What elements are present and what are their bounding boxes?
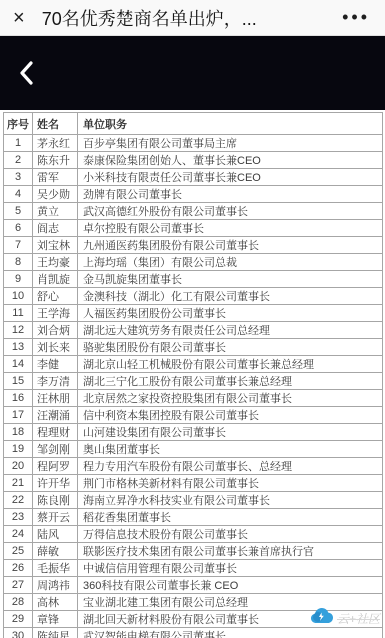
cell-position: 湖北三宁化工股份有限公司董事长兼总经理	[78, 373, 383, 390]
cell-index: 27	[4, 577, 33, 594]
cell-name: 刘宝林	[33, 237, 78, 254]
cell-index: 1	[4, 135, 33, 152]
cell-position: 海南立昇净水科技实业有限公司董事长	[78, 492, 383, 509]
cell-name: 毛振华	[33, 560, 78, 577]
cell-name: 肖凯旋	[33, 271, 78, 288]
cell-position: 北京居然之家投资控股集团有限公司董事长	[78, 390, 383, 407]
cell-name: 茅永红	[33, 135, 78, 152]
cell-position: 联影医疗技术集团有限公司董事长兼首席执行官	[78, 543, 383, 560]
cell-name: 阎志	[33, 220, 78, 237]
cell-position: 稻花香集团董事长	[78, 509, 383, 526]
table-row: 8王均豪上海均瑶（集团）有限公司总裁	[4, 254, 383, 271]
cell-position: 程力专用汽车股份有限公司董事长、总经理	[78, 458, 383, 475]
article-header	[0, 36, 385, 110]
table-row: 11王学海人福医药集团股份公司董事长	[4, 305, 383, 322]
table-row: 23蔡开云稻花香集团董事长	[4, 509, 383, 526]
cell-name: 舒心	[33, 288, 78, 305]
more-menu-icon[interactable]: •••	[342, 7, 370, 28]
cell-position: 金马凯旋集团董事长	[78, 271, 383, 288]
col-header-index: 序号	[4, 113, 33, 135]
cell-name: 李健	[33, 356, 78, 373]
cell-index: 11	[4, 305, 33, 322]
cell-position: 武汉智能电梯有限公司董事长	[78, 628, 383, 638]
cell-name: 周鸿祎	[33, 577, 78, 594]
cell-position: 万得信息技术股份有限公司董事长	[78, 526, 383, 543]
cell-name: 程阿罗	[33, 458, 78, 475]
table-row: 6阎志卓尔控股有限公司董事长	[4, 220, 383, 237]
cell-name: 陆风	[33, 526, 78, 543]
table-row: 9肖凯旋金马凯旋集团董事长	[4, 271, 383, 288]
cell-index: 3	[4, 169, 33, 186]
cell-name: 许开华	[33, 475, 78, 492]
cell-position: 泰康保险集团创始人、董事长兼CEO	[78, 152, 383, 169]
cell-name: 陈东升	[33, 152, 78, 169]
cell-position: 上海均瑶（集团）有限公司总裁	[78, 254, 383, 271]
cell-index: 23	[4, 509, 33, 526]
col-header-position: 单位职务	[78, 113, 383, 135]
roster-table: 序号姓名单位职务 1茅永红百步亭集团有限公司董事局主席2陈东升泰康保险集团创始人…	[3, 112, 383, 638]
table-row: 29章锋湖北回天新材料股份有限公司董事长	[4, 611, 383, 628]
table-row: 24陆风万得信息技术股份有限公司董事长	[4, 526, 383, 543]
cell-name: 章锋	[33, 611, 78, 628]
cell-position: 360科技有限公司董事长兼 CEO	[78, 577, 383, 594]
cell-index: 30	[4, 628, 33, 638]
cell-name: 雷军	[33, 169, 78, 186]
table-row: 20程阿罗程力专用汽车股份有限公司董事长、总经理	[4, 458, 383, 475]
cell-position: 山河建设集团有限公司董事长	[78, 424, 383, 441]
table-row: 15李万清湖北三宁化工股份有限公司董事长兼总经理	[4, 373, 383, 390]
table-row: 2陈东升泰康保险集团创始人、董事长兼CEO	[4, 152, 383, 169]
cell-index: 4	[4, 186, 33, 203]
cell-position: 骆驼集团股份有限公司董事长	[78, 339, 383, 356]
cell-index: 17	[4, 407, 33, 424]
table-row: 1茅永红百步亭集团有限公司董事局主席	[4, 135, 383, 152]
cell-name: 李万清	[33, 373, 78, 390]
table-row: 27周鸿祎360科技有限公司董事长兼 CEO	[4, 577, 383, 594]
cell-position: 人福医药集团股份公司董事长	[78, 305, 383, 322]
cell-index: 6	[4, 220, 33, 237]
cell-position: 中诚信信用管理有限公司董事长	[78, 560, 383, 577]
page-title: 70名优秀楚商名单出炉，...	[42, 5, 342, 31]
roster-table-wrap: 序号姓名单位职务 1茅永红百步亭集团有限公司董事局主席2陈东升泰康保险集团创始人…	[3, 112, 384, 638]
table-row: 26毛振华中诚信信用管理有限公司董事长	[4, 560, 383, 577]
cell-index: 9	[4, 271, 33, 288]
table-row: 12刘合炳湖北远大建筑劳务有限责任公司总经理	[4, 322, 383, 339]
cell-index: 28	[4, 594, 33, 611]
cell-index: 16	[4, 390, 33, 407]
cell-index: 20	[4, 458, 33, 475]
cell-index: 26	[4, 560, 33, 577]
table-row: 30陈纯星武汉智能电梯有限公司董事长	[4, 628, 383, 638]
cell-name: 黄立	[33, 203, 78, 220]
table-row: 13刘长来骆驼集团股份有限公司董事长	[4, 339, 383, 356]
cell-index: 29	[4, 611, 33, 628]
cell-position: 宝业湖北建工集团有限公司总经理	[78, 594, 383, 611]
cell-position: 武汉高德红外股份有限公司董事长	[78, 203, 383, 220]
cell-index: 22	[4, 492, 33, 509]
cell-index: 7	[4, 237, 33, 254]
cell-name: 陈纯星	[33, 628, 78, 638]
cell-index: 8	[4, 254, 33, 271]
cell-position: 荆门市格林美新材料有限公司董事长	[78, 475, 383, 492]
cell-index: 12	[4, 322, 33, 339]
cell-position: 小米科技有限责任公司董事长兼CEO	[78, 169, 383, 186]
cell-name: 薛敏	[33, 543, 78, 560]
cell-name: 程理财	[33, 424, 78, 441]
cell-index: 18	[4, 424, 33, 441]
table-row: 22陈良刚海南立昇净水科技实业有限公司董事长	[4, 492, 383, 509]
cell-position: 金澳科技（湖北）化工有限公司董事长	[78, 288, 383, 305]
table-row: 19邹剑刚奥山集团董事长	[4, 441, 383, 458]
back-chevron-icon[interactable]	[15, 59, 37, 87]
cell-name: 汪林朋	[33, 390, 78, 407]
cell-index: 2	[4, 152, 33, 169]
table-row: 28高林宝业湖北建工集团有限公司总经理	[4, 594, 383, 611]
col-header-name: 姓名	[33, 113, 78, 135]
table-row: 14李健湖北京山轻工机械股份有限公司董事长兼总经理	[4, 356, 383, 373]
cell-position: 信中利资本集团控股有限公司董事长	[78, 407, 383, 424]
table-row: 17汪潮涌信中利资本集团控股有限公司董事长	[4, 407, 383, 424]
cell-index: 13	[4, 339, 33, 356]
cell-name: 刘合炳	[33, 322, 78, 339]
cell-index: 10	[4, 288, 33, 305]
table-row: 10舒心金澳科技（湖北）化工有限公司董事长	[4, 288, 383, 305]
cell-position: 湖北回天新材料股份有限公司董事长	[78, 611, 383, 628]
table-row: 7刘宝林九州通医药集团股份有限公司董事长	[4, 237, 383, 254]
table-row: 4吴少勋劲牌有限公司董事长	[4, 186, 383, 203]
cell-name: 蔡开云	[33, 509, 78, 526]
cell-position: 湖北远大建筑劳务有限责任公司总经理	[78, 322, 383, 339]
cell-position: 百步亭集团有限公司董事局主席	[78, 135, 383, 152]
table-row: 3雷军小米科技有限责任公司董事长兼CEO	[4, 169, 383, 186]
table-row: 18程理财山河建设集团有限公司董事长	[4, 424, 383, 441]
app-screen: × 70名优秀楚商名单出炉，... ••• 序号姓名单位职务 1茅永红百步亭集团…	[0, 0, 385, 638]
table-row: 16汪林朋北京居然之家投资控股集团有限公司董事长	[4, 390, 383, 407]
table-row: 25薛敏联影医疗技术集团有限公司董事长兼首席执行官	[4, 543, 383, 560]
table-header-row: 序号姓名单位职务	[4, 113, 383, 135]
cell-position: 卓尔控股有限公司董事长	[78, 220, 383, 237]
table-body: 1茅永红百步亭集团有限公司董事局主席2陈东升泰康保险集团创始人、董事长兼CEO3…	[4, 135, 383, 638]
cell-name: 王学海	[33, 305, 78, 322]
table-row: 5黄立武汉高德红外股份有限公司董事长	[4, 203, 383, 220]
cell-index: 15	[4, 373, 33, 390]
cell-index: 19	[4, 441, 33, 458]
cell-index: 21	[4, 475, 33, 492]
cell-name: 邹剑刚	[33, 441, 78, 458]
cell-index: 5	[4, 203, 33, 220]
cell-name: 王均豪	[33, 254, 78, 271]
cell-index: 25	[4, 543, 33, 560]
cell-name: 汪潮涌	[33, 407, 78, 424]
cell-name: 陈良刚	[33, 492, 78, 509]
cell-name: 高林	[33, 594, 78, 611]
cell-index: 14	[4, 356, 33, 373]
cell-position: 奥山集团董事长	[78, 441, 383, 458]
cell-name: 吴少勋	[33, 186, 78, 203]
cell-index: 24	[4, 526, 33, 543]
cell-name: 刘长来	[33, 339, 78, 356]
cell-position: 劲牌有限公司董事长	[78, 186, 383, 203]
cell-position: 湖北京山轻工机械股份有限公司董事长兼总经理	[78, 356, 383, 373]
table-row: 21许开华荆门市格林美新材料有限公司董事长	[4, 475, 383, 492]
close-icon[interactable]: ×	[13, 8, 25, 28]
cell-position: 九州通医药集团股份有限公司董事长	[78, 237, 383, 254]
titlebar: × 70名优秀楚商名单出炉，... •••	[0, 0, 385, 36]
